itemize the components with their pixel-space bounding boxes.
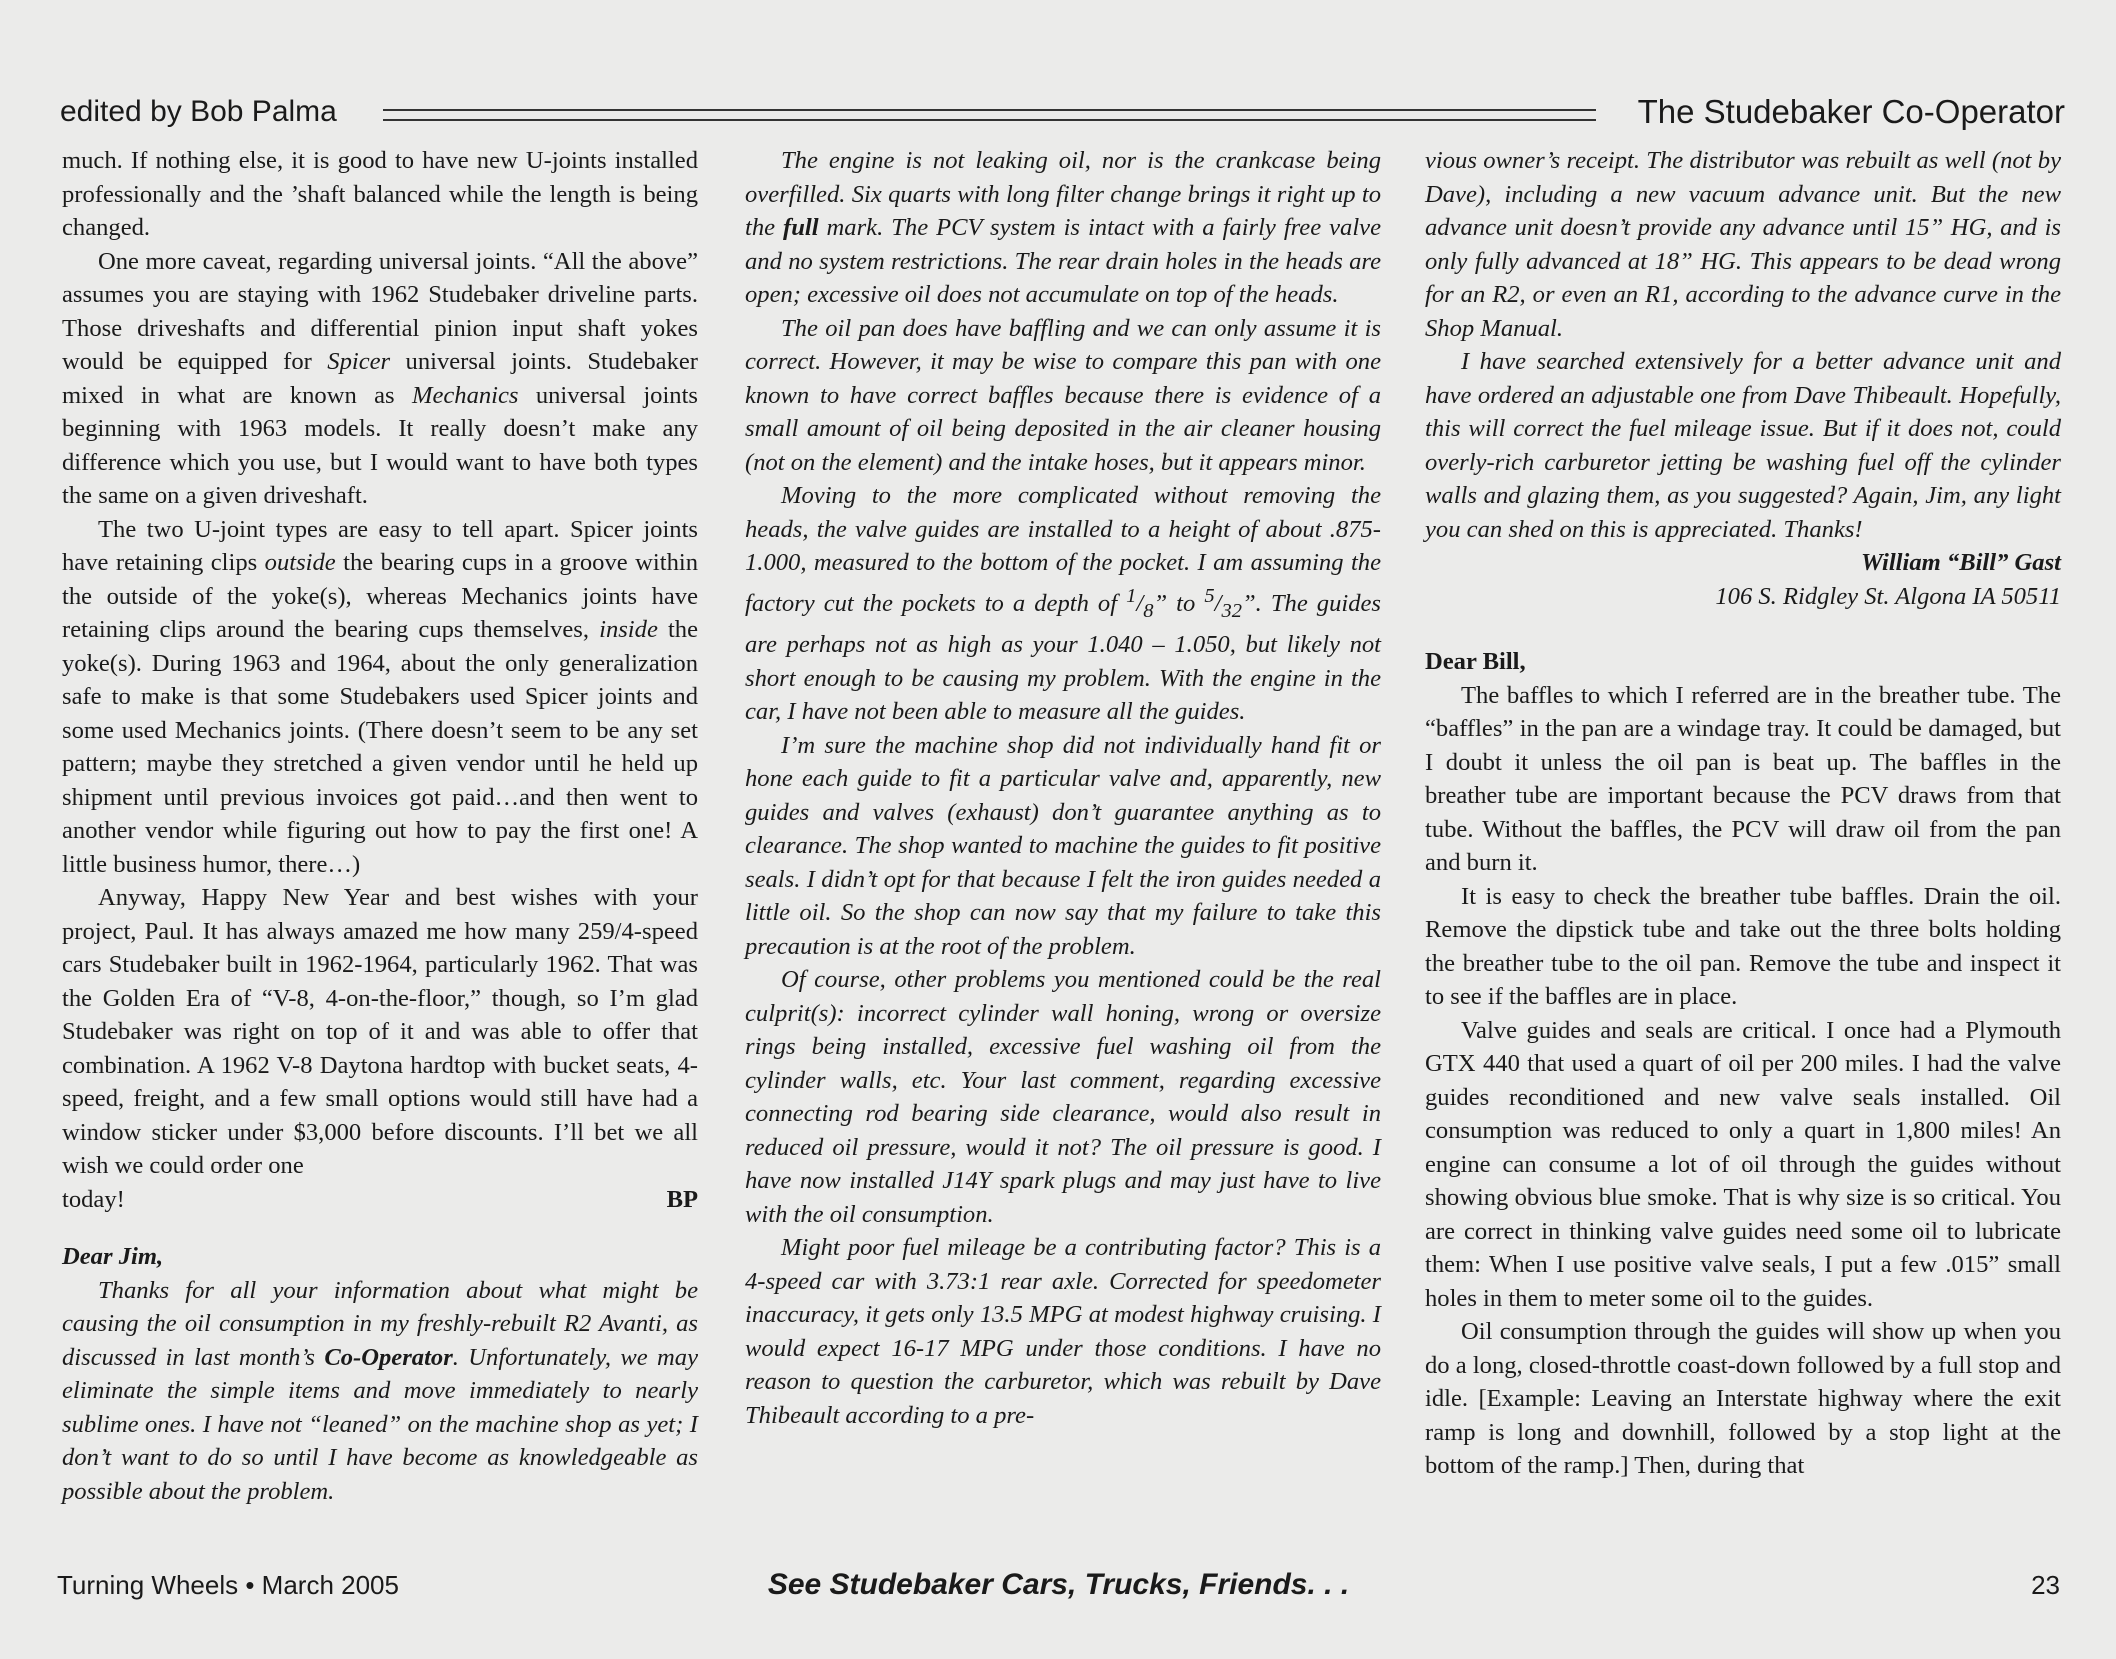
paragraph: Moving to the more complicated without r… [745,479,1381,729]
column-1: much. If nothing else, it is good to hav… [62,144,698,1508]
paragraph: Thanks for all your information about wh… [62,1274,698,1509]
page-number: 23 [1660,1570,2060,1601]
editor-initials: BP [667,1183,698,1217]
salutation: Dear Jim, [62,1240,698,1274]
column-3: vious owner’s receipt. The distributor w… [1425,144,2061,1483]
header-double-rule [383,109,1596,121]
paragraph: much. If nothing else, it is good to hav… [62,144,698,245]
paragraph: The two U-joint types are easy to tell a… [62,513,698,882]
paragraph: Valve guides and seals are critical. I o… [1425,1014,2061,1316]
paragraph: Might poor fuel mileage be a contributin… [745,1231,1381,1432]
paragraph: Of course, other problems you mentioned … [745,963,1381,1231]
paragraph: vious owner’s receipt. The distributor w… [1425,144,2061,345]
signature-address: 106 S. Ridgley St. Algona IA 50511 [1425,580,2061,614]
paragraph: The engine is not leaking oil, nor is th… [745,144,1381,312]
paragraph: The oil pan does have baffling and we ca… [745,312,1381,480]
column-title: The Studebaker Co-Operator [1638,93,2065,131]
paragraph: I have searched extensively for a better… [1425,345,2061,546]
paragraph: Anyway, Happy New Year and best wishes w… [62,881,698,1183]
editor-credit: edited by Bob Palma [60,95,337,129]
paragraph: One more caveat, regarding universal joi… [62,245,698,513]
signature-name: William “Bill” Gast [1425,546,2061,580]
paragraph: I’m sure the machine shop did not indivi… [745,729,1381,964]
column-2: The engine is not leaking oil, nor is th… [745,144,1381,1432]
page-header: edited by Bob Palma The Studebaker Co-Op… [60,92,2065,132]
editor-signoff: today! BP [62,1183,698,1217]
publication-date: Turning Wheels • March 2005 [57,1570,457,1601]
paragraph: It is easy to check the breather tube ba… [1425,880,2061,1014]
paragraph: Oil consumption through the guides will … [1425,1315,2061,1483]
salutation: Dear Bill, [1425,645,2061,679]
footer-tagline: See Studebaker Cars, Trucks, Friends. . … [768,1568,1349,1602]
paragraph: The baffles to which I referred are in t… [1425,679,2061,880]
page-footer: Turning Wheels • March 2005 See Studebak… [57,1565,2060,1605]
